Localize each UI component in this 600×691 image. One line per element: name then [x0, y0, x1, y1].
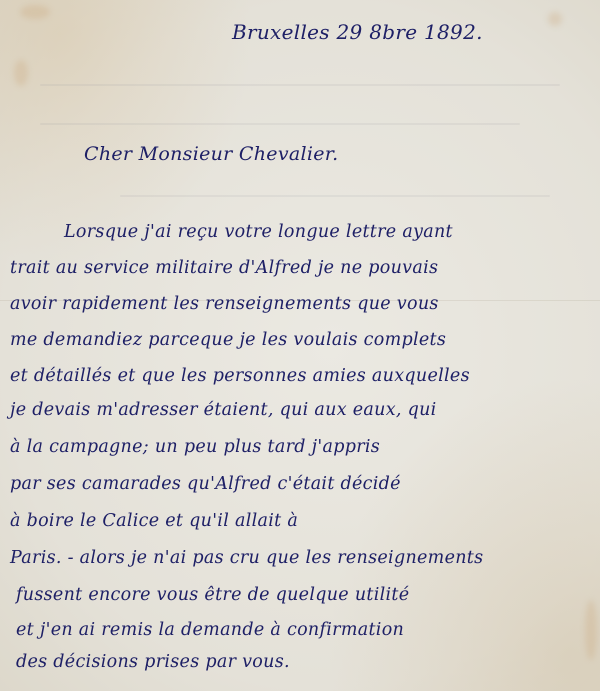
- paper-stain: [14, 60, 28, 86]
- letter-line: à boire le Calice et qu'il allait à: [10, 511, 298, 531]
- letter-line: avoir rapidement les renseignements que …: [10, 294, 439, 314]
- letter-salutation: Cher Monsieur Chevalier.: [84, 143, 338, 165]
- bleed-through-line: [40, 123, 520, 125]
- letter-line: et détaillés et que les personnes amies …: [10, 366, 470, 386]
- letter-line: Lorsque j'ai reçu votre longue lettre ay…: [64, 222, 453, 242]
- letter-line: trait au service militaire d'Alfred je n…: [10, 258, 438, 278]
- letter-line: par ses camarades qu'Alfred c'était déci…: [10, 474, 401, 494]
- letter-place-date: Bruxelles 29 8bre 1892.: [232, 20, 483, 44]
- paper-stain: [548, 12, 562, 26]
- letter-line: fussent encore vous être de quelque util…: [16, 585, 409, 605]
- letter-line: me demandiez parceque je les voulais com…: [10, 330, 446, 350]
- letter-line: je devais m'adresser étaient, qui aux ea…: [10, 400, 437, 420]
- paper-stain: [20, 5, 50, 19]
- letter-line: et j'en ai remis la demande à confirmati…: [16, 620, 404, 640]
- letter-line: à la campagne; un peu plus tard j'appris: [10, 437, 380, 457]
- letter-page: Bruxelles 29 8bre 1892. Cher Monsieur Ch…: [0, 0, 600, 691]
- bleed-through-line: [120, 195, 550, 197]
- letter-line: des décisions prises par vous.: [16, 652, 290, 672]
- bleed-through-line: [40, 84, 560, 86]
- letter-line: Paris. - alors je n'ai pas cru que les r…: [10, 548, 483, 568]
- paper-stain: [585, 600, 597, 660]
